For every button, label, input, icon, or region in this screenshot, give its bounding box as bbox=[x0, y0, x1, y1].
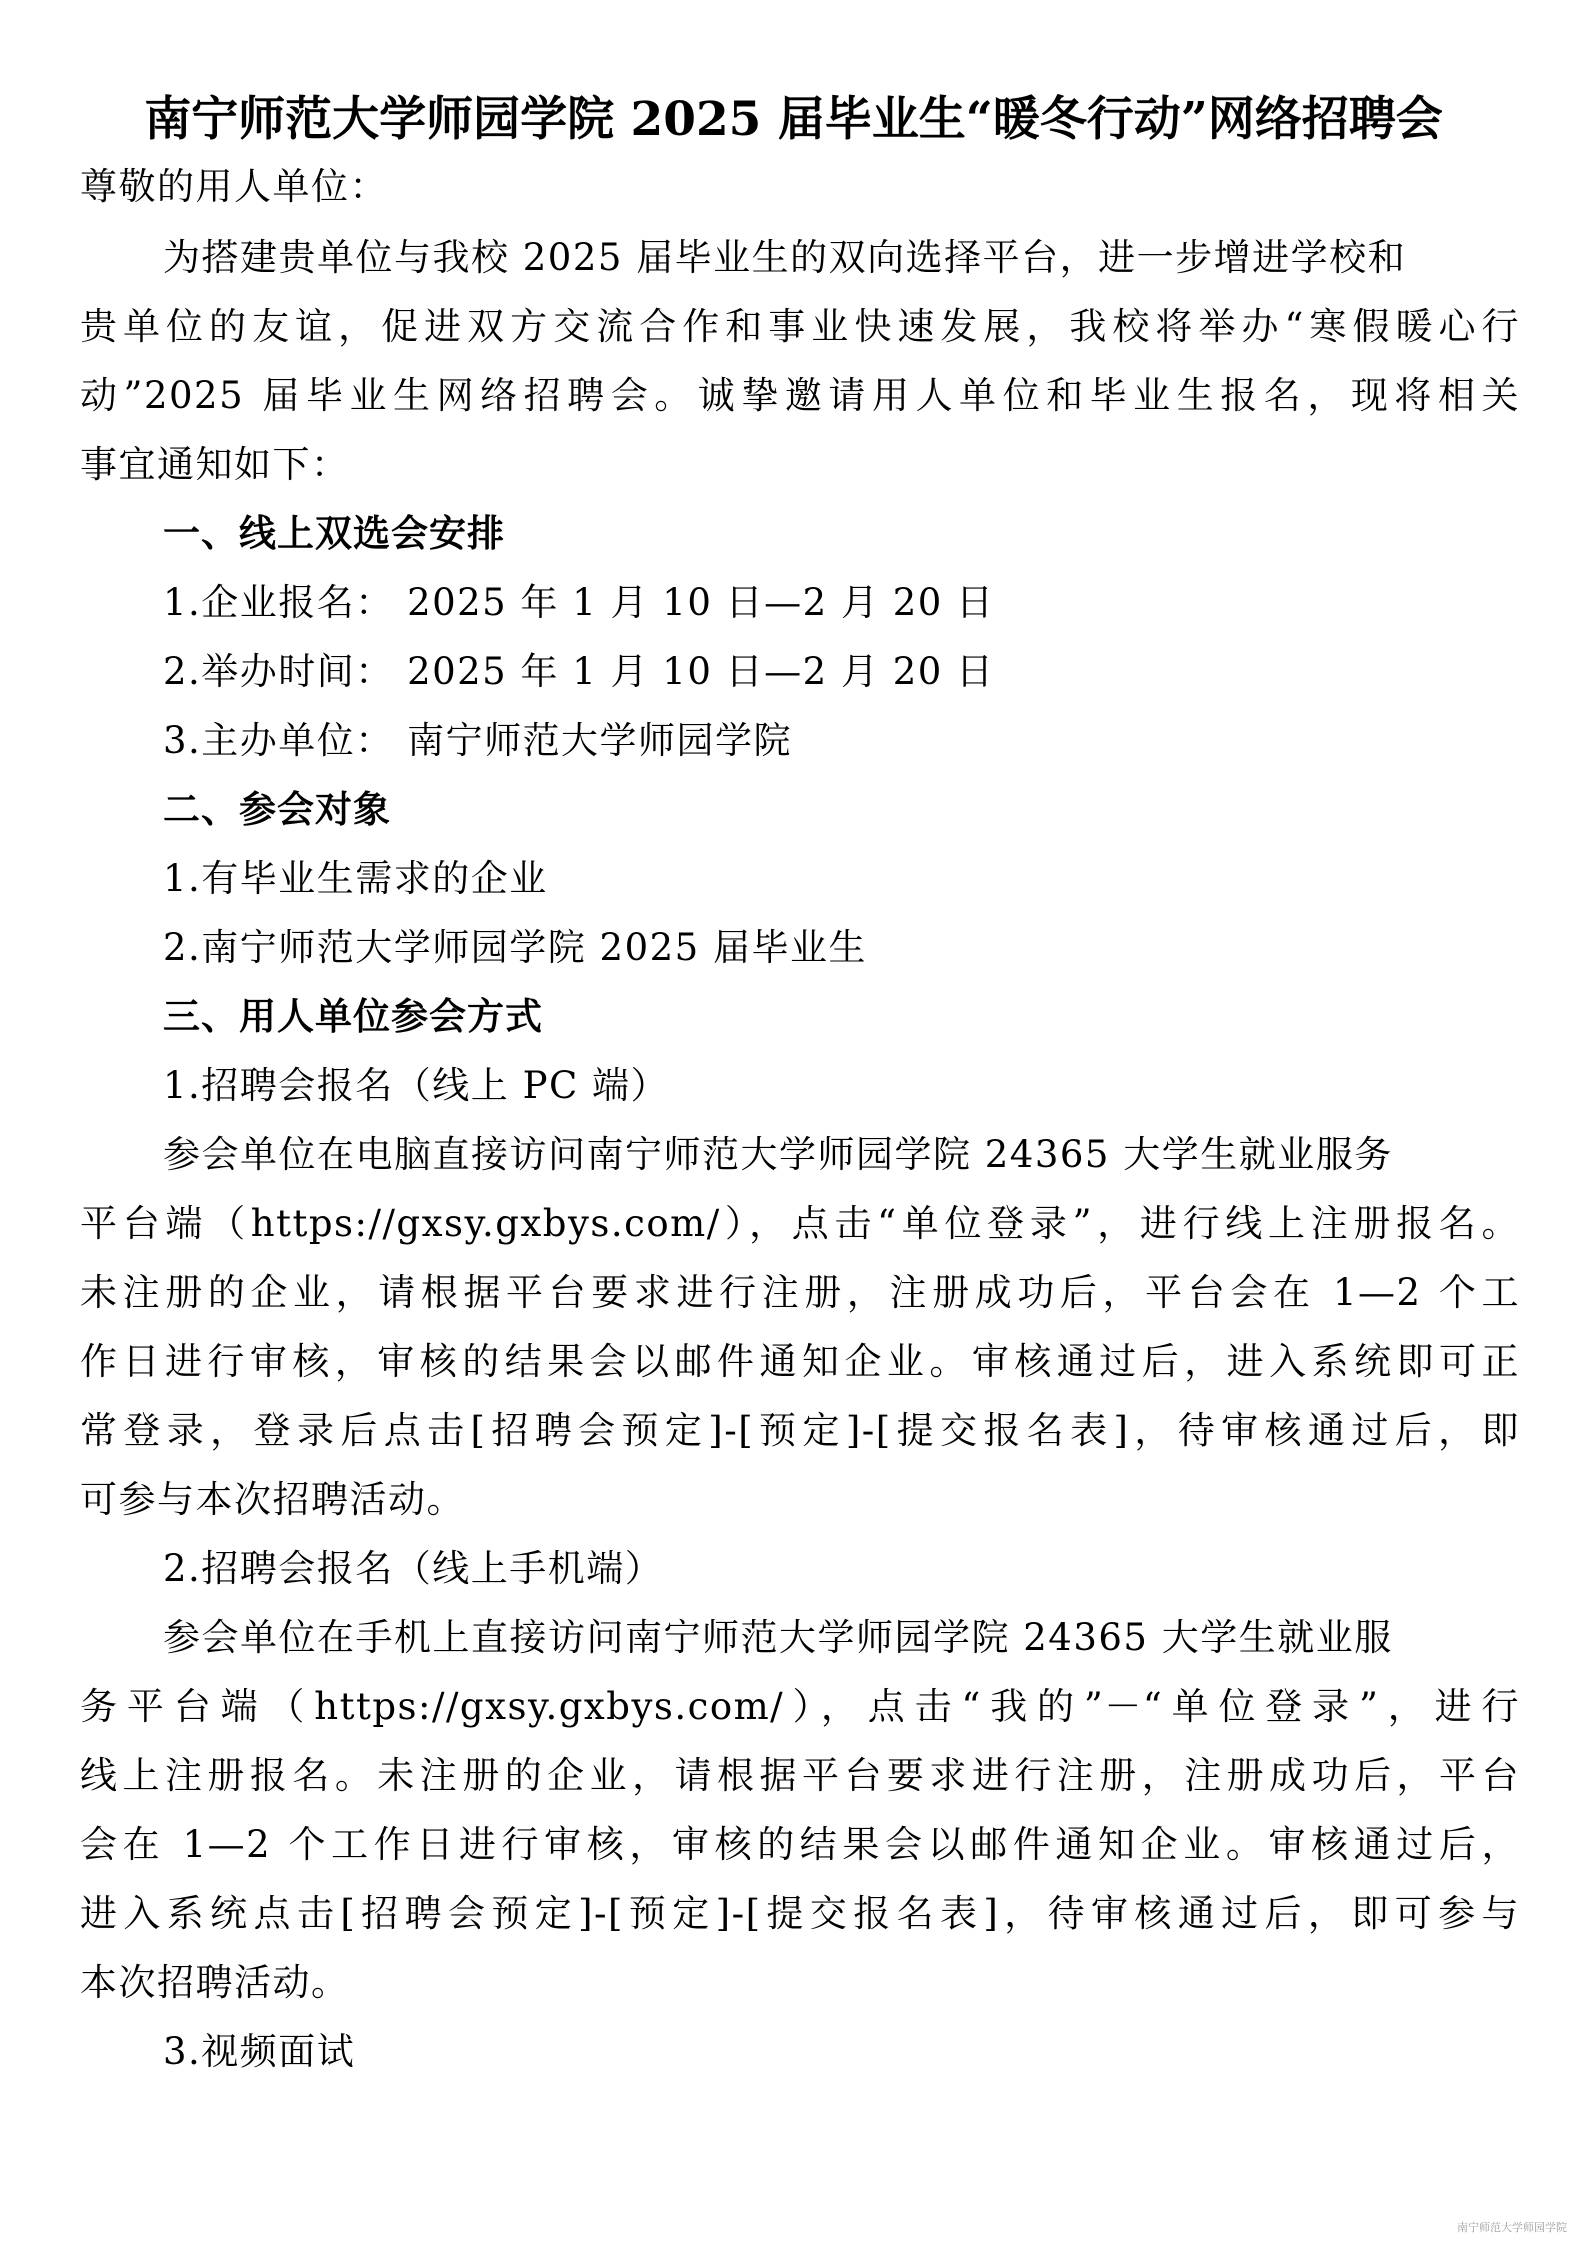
subsection-label: 1.招聘会报名（线上 PC 端） bbox=[163, 1064, 1587, 1108]
list-item: 2.举办时间： 2025 年 1 月 10 日—2 月 20 日 bbox=[163, 650, 1587, 694]
intro-line: 事宜通知如下： bbox=[80, 443, 1520, 487]
watermark: 南宁师范大学师园学院 bbox=[1457, 2219, 1567, 2235]
paragraph-line: 常登录，登录后点击[招聘会预定]-[预定]-[提交报名表]，待审核通过后，即 bbox=[80, 1409, 1520, 1453]
list-item: 3.主办单位： 南宁师范大学师园学院 bbox=[163, 719, 1587, 763]
intro-line: 贵单位的友谊，促进双方交流合作和事业快速发展，我校将举办“寒假暖心行 bbox=[80, 305, 1520, 349]
section-heading-participation-method: 三、用人单位参会方式 bbox=[163, 995, 1587, 1039]
list-item: 2.南宁师范大学师园学院 2025 届毕业生 bbox=[163, 926, 1587, 970]
paragraph-line: 参会单位在电脑直接访问南宁师范大学师园学院 24365 大学生就业服务 bbox=[163, 1133, 1587, 1177]
paragraph-line: 务平台端（https://gxsy.gxbys.com/），点击“我的”－“单位… bbox=[80, 1685, 1520, 1729]
list-item: 1.企业报名： 2025 年 1 月 10 日—2 月 20 日 bbox=[163, 581, 1587, 625]
intro-line: 动”2025 届毕业生网络招聘会。诚挚邀请用人单位和毕业生报名，现将相关 bbox=[80, 374, 1520, 418]
subsection-label: 3.视频面试 bbox=[163, 2030, 1587, 2074]
document-page: 南宁师范大学师园学院 2025 届毕业生“暖冬行动”网络招聘会 尊敬的用人单位：… bbox=[0, 0, 1587, 2245]
document-title: 南宁师范大学师园学院 2025 届毕业生“暖冬行动”网络招聘会 bbox=[0, 82, 1587, 149]
paragraph-line: 作日进行审核，审核的结果会以邮件通知企业。审核通过后，进入系统即可正 bbox=[80, 1340, 1520, 1384]
section-heading-arrangement: 一、线上双选会安排 bbox=[163, 512, 1587, 556]
section-heading-participants: 二、参会对象 bbox=[163, 788, 1587, 832]
paragraph-line: 会在 1—2 个工作日进行审核，审核的结果会以邮件通知企业。审核通过后， bbox=[80, 1823, 1520, 1867]
paragraph-line: 未注册的企业，请根据平台要求进行注册，注册成功后，平台会在 1—2 个工 bbox=[80, 1271, 1520, 1315]
subsection-label: 2.招聘会报名（线上手机端） bbox=[163, 1547, 1587, 1591]
paragraph-line: 线上注册报名。未注册的企业，请根据平台要求进行注册，注册成功后，平台 bbox=[80, 1754, 1520, 1798]
salutation: 尊敬的用人单位： bbox=[80, 165, 1520, 209]
paragraph-line: 平台端（https://gxsy.gxbys.com/），点击“单位登录”，进行… bbox=[80, 1202, 1520, 1246]
paragraph-line: 本次招聘活动。 bbox=[80, 1961, 1520, 2005]
paragraph-line: 进入系统点击[招聘会预定]-[预定]-[提交报名表]，待审核通过后，即可参与 bbox=[80, 1892, 1520, 1936]
paragraph-line: 参会单位在手机上直接访问南宁师范大学师园学院 24365 大学生就业服 bbox=[163, 1616, 1587, 1660]
list-item: 1.有毕业生需求的企业 bbox=[163, 857, 1587, 901]
intro-line: 为搭建贵单位与我校 2025 届毕业生的双向选择平台，进一步增进学校和 bbox=[163, 236, 1587, 280]
paragraph-line: 可参与本次招聘活动。 bbox=[80, 1478, 1520, 1522]
